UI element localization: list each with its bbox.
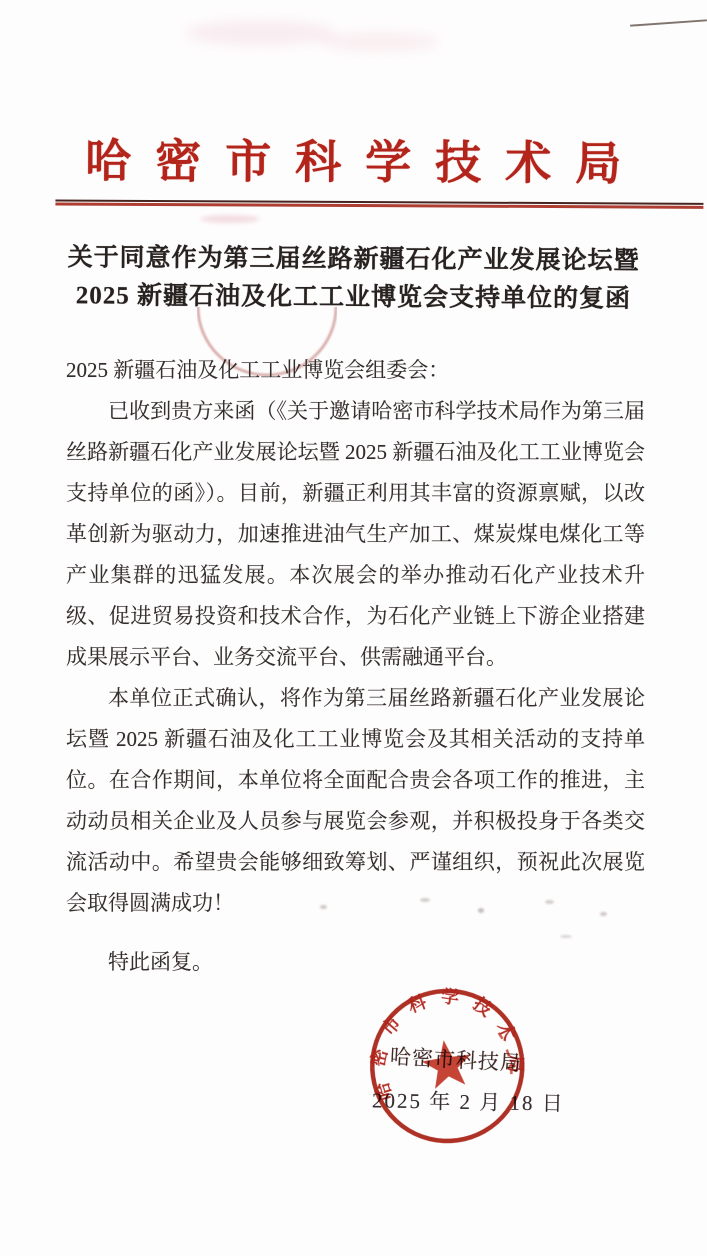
letterhead-rule bbox=[55, 199, 703, 207]
official-seal: 哈密市科学技术局 bbox=[354, 969, 540, 1158]
letter-body: 2025 新疆石油及化工工业博览会组委会： 已收到贵方来函（《关于邀请哈密市科学… bbox=[66, 350, 645, 983]
agency-name-heading: 哈密市科学技术局 bbox=[0, 124, 707, 194]
body-paragraph: 已收到贵方来函（《关于邀请哈密市科学技术局作为第三届丝路新疆石化产业发展论坛暨 … bbox=[66, 391, 645, 678]
document-title: 关于同意作为第三届丝路新疆石化产业发展论坛暨 2025 新疆石油及化工工业博览会… bbox=[40, 239, 667, 319]
body-paragraph: 本单位正式确认，将作为第三届丝路新疆石化产业发展论坛暨 2025 新疆石油及化工… bbox=[66, 678, 645, 924]
scanned-letter-page: 哈密市科学技术局 关于同意作为第三届丝路新疆石化产业发展论坛暨 2025 新疆石… bbox=[0, 0, 707, 1256]
scan-smudge bbox=[200, 215, 260, 223]
letterhead: 哈密市科学技术局 bbox=[0, 0, 707, 194]
seal-star-icon bbox=[419, 1037, 474, 1090]
salutation: 2025 新疆石油及化工工业博览会组委会： bbox=[66, 350, 645, 391]
document-title-line1: 关于同意作为第三届丝路新疆石化产业发展论坛暨 bbox=[40, 239, 667, 281]
document-title-line2: 2025 新疆石油及化工工业博览会支持单位的复函 bbox=[40, 277, 667, 319]
closing-phrase: 特此函复。 bbox=[66, 942, 645, 983]
seal-code-mark bbox=[510, 1067, 513, 1074]
